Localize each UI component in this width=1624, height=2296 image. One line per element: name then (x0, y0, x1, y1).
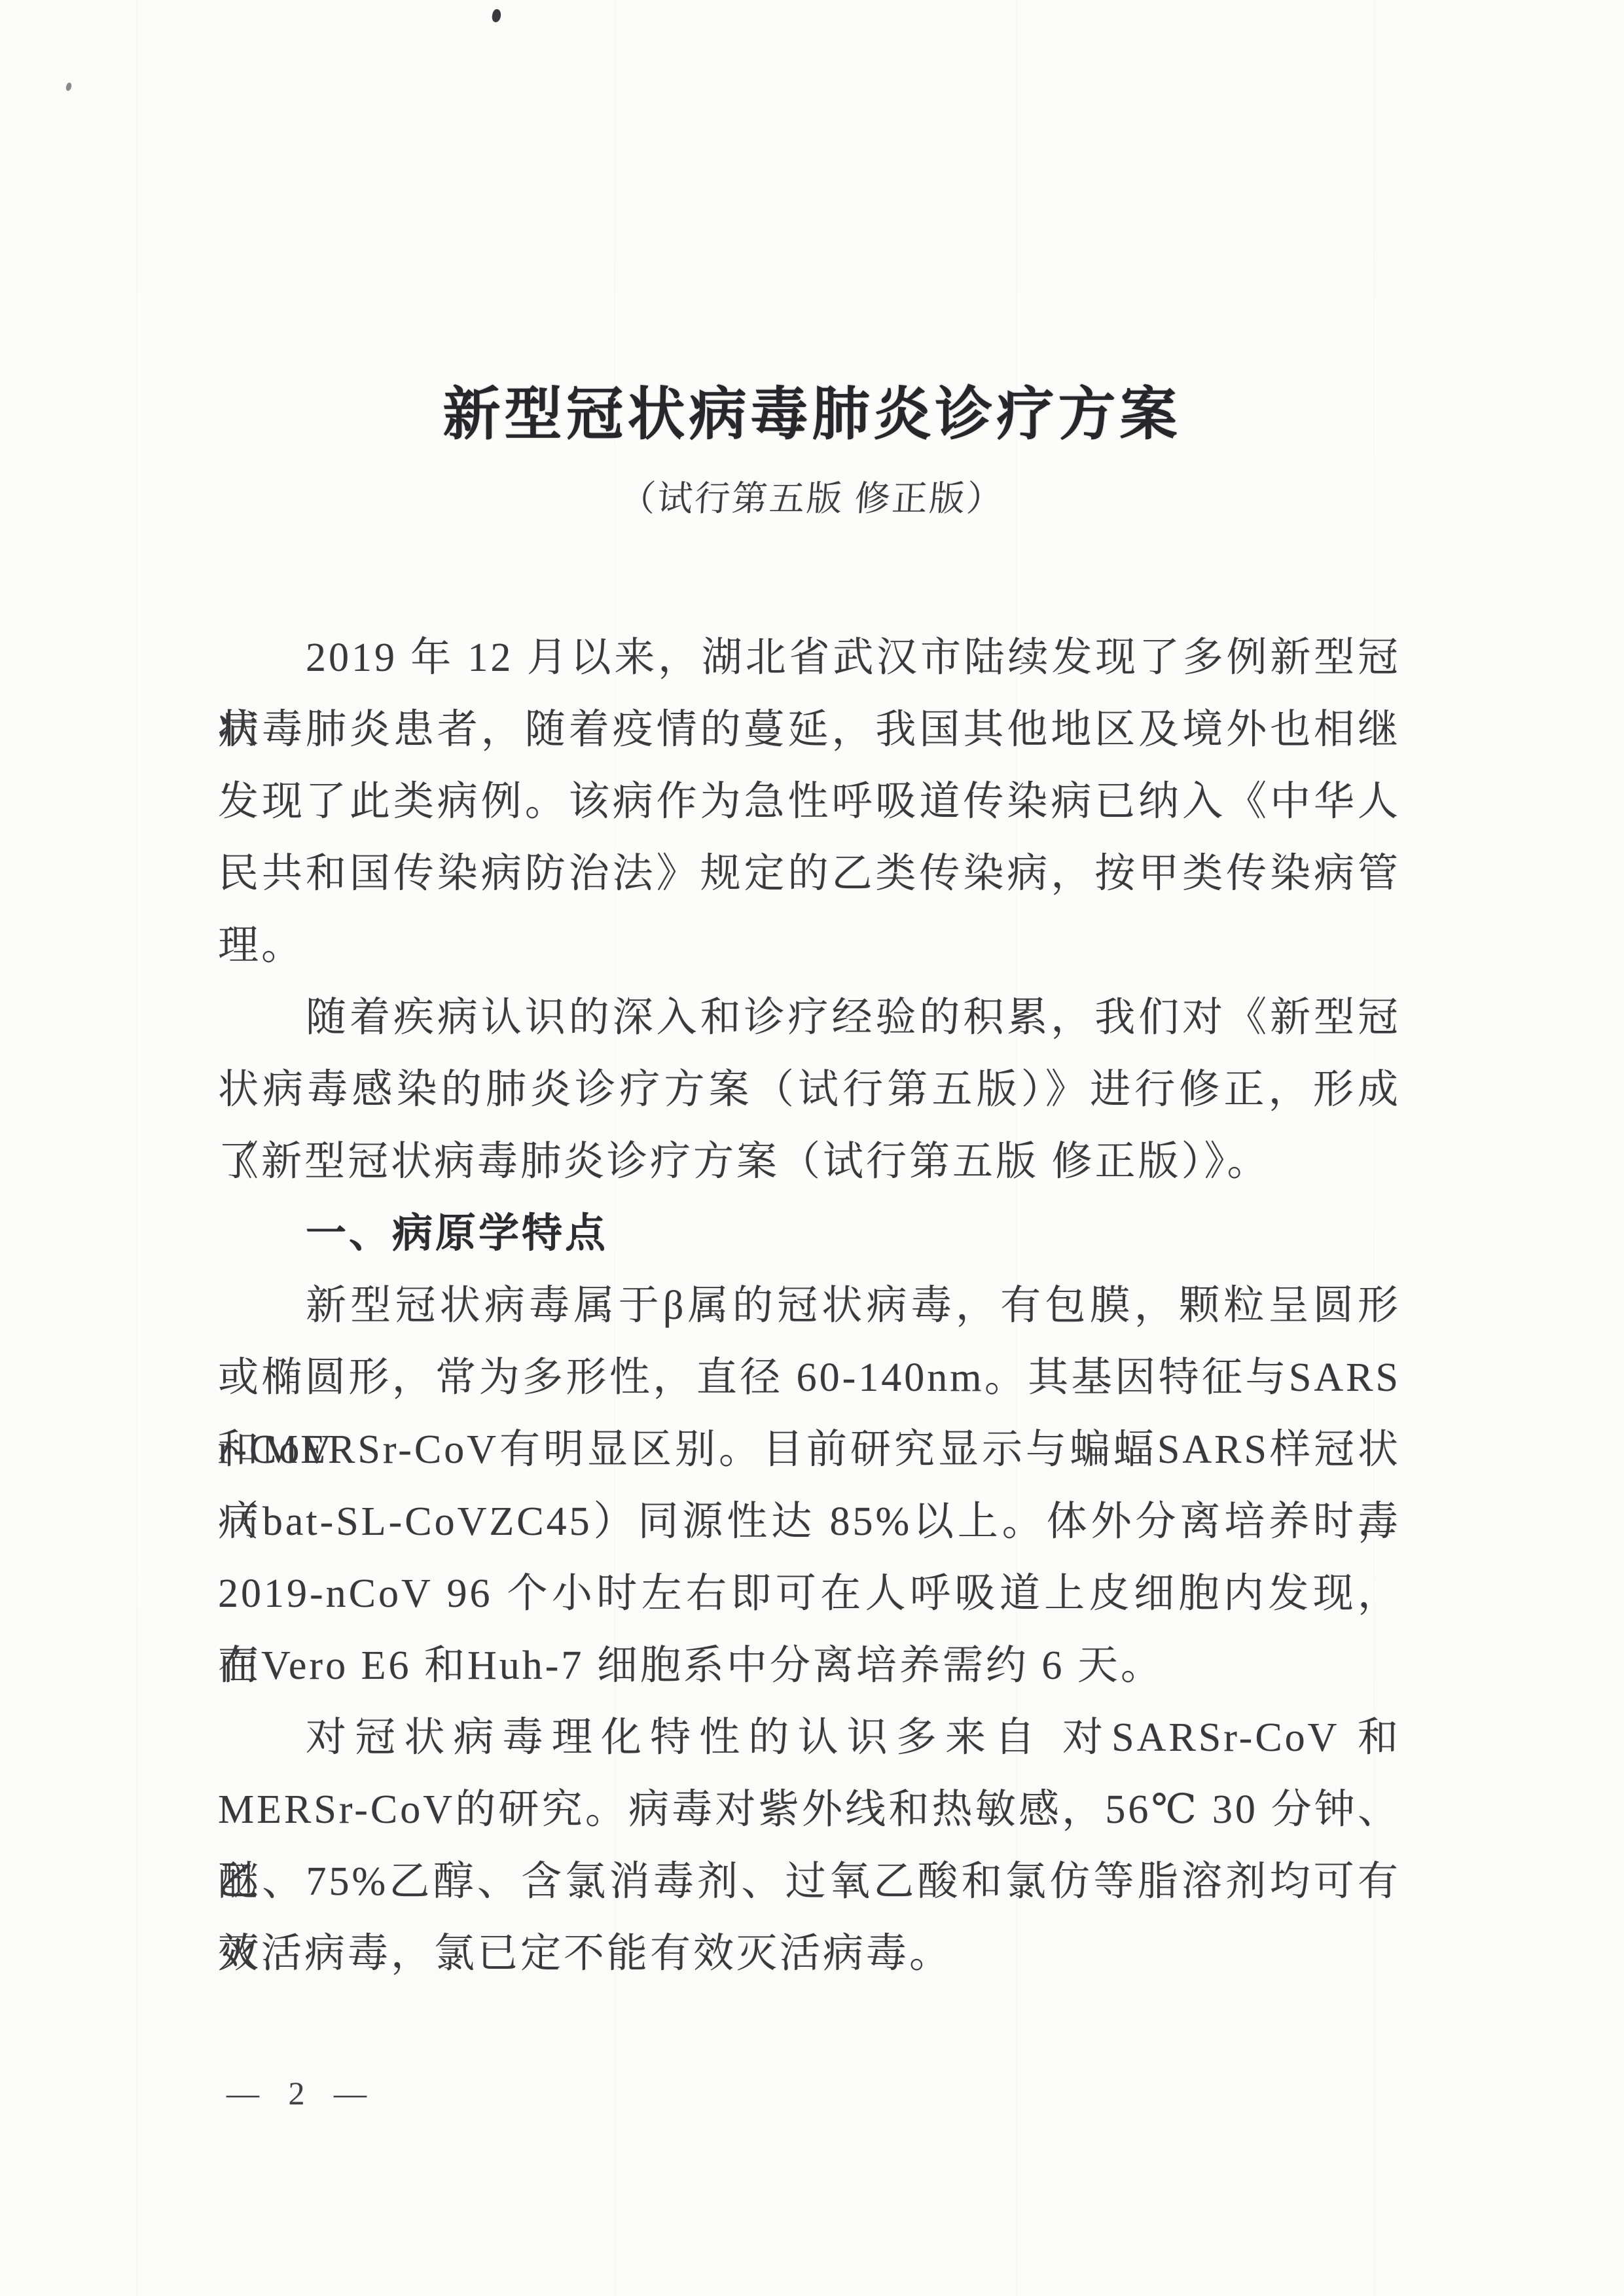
section-heading: 一、病原学特点 (218, 1198, 1401, 1270)
document-page: 新型冠状病毒肺炎诊疗方案 （试行第五版 修正版） 2019 年 12 月以来，湖… (0, 0, 1624, 2296)
body-line: 在Vero E6 和Huh-7 细胞系中分离培养需约 6 天。 (218, 1630, 1401, 1702)
scan-speck-artifact (491, 9, 502, 23)
body-line: 2019 年 12 月以来，湖北省武汉市陆续发现了多例新型冠状 (218, 622, 1401, 694)
body-line: 灭活病毒，氯已定不能有效灭活病毒。 (218, 1918, 1401, 1990)
page-subtitle: （试行第五版 修正版） (0, 473, 1624, 525)
body-line: 民共和国传染病防治法》规定的乙类传染病，按甲类传染病管 (218, 838, 1401, 910)
body-line: 随着疾病认识的深入和诊疗经验的积累，我们对《新型冠 (218, 982, 1401, 1054)
body-line: 醚、75%乙醇、含氯消毒剂、过氧乙酸和氯仿等脂溶剂均可有效 (218, 1846, 1401, 1918)
body-line: 和MERSr-CoV有明显区别。目前研究显示与蝙蝠SARS样冠状病毒 (218, 1414, 1401, 1486)
body-line: 发现了此类病例。该病作为急性呼吸道传染病已纳入《中华人 (218, 766, 1401, 838)
body-line: 2019-nCoV 96 个小时左右即可在人呼吸道上皮细胞内发现，而 (218, 1558, 1401, 1630)
body-line: 对冠状病毒理化特性的认识多来自 对SARSr-CoV 和 (218, 1702, 1401, 1774)
body-line: 《新型冠状病毒肺炎诊疗方案（试行第五版 修正版）》。 (218, 1126, 1401, 1198)
body-line: MERSr-CoV的研究。病毒对紫外线和热敏感，56℃ 30 分钟、乙 (218, 1774, 1401, 1846)
scan-speck-artifact (65, 82, 72, 92)
body-line: （bat-SL-CoVZC45）同源性达 85%以上。体外分离培养时， (218, 1486, 1401, 1558)
body-line: 状病毒感染的肺炎诊疗方案（试行第五版）》进行修正，形成了 (218, 1054, 1401, 1126)
document-body: 2019 年 12 月以来，湖北省武汉市陆续发现了多例新型冠状 病毒肺炎患者，随… (218, 622, 1401, 1990)
body-line: 理。 (218, 910, 1401, 982)
body-line: 病毒肺炎患者，随着疫情的蔓延，我国其他地区及境外也相继 (218, 694, 1401, 766)
body-line: 或椭圆形，常为多形性，直径 60-140nm。其基因特征与SARSr-CoV (218, 1342, 1401, 1414)
body-line: 新型冠状病毒属于β属的冠状病毒，有包膜，颗粒呈圆形 (218, 1270, 1401, 1342)
page-title: 新型冠状病毒肺炎诊疗方案 (0, 382, 1624, 447)
page-number: — 2 — (226, 2073, 377, 2113)
